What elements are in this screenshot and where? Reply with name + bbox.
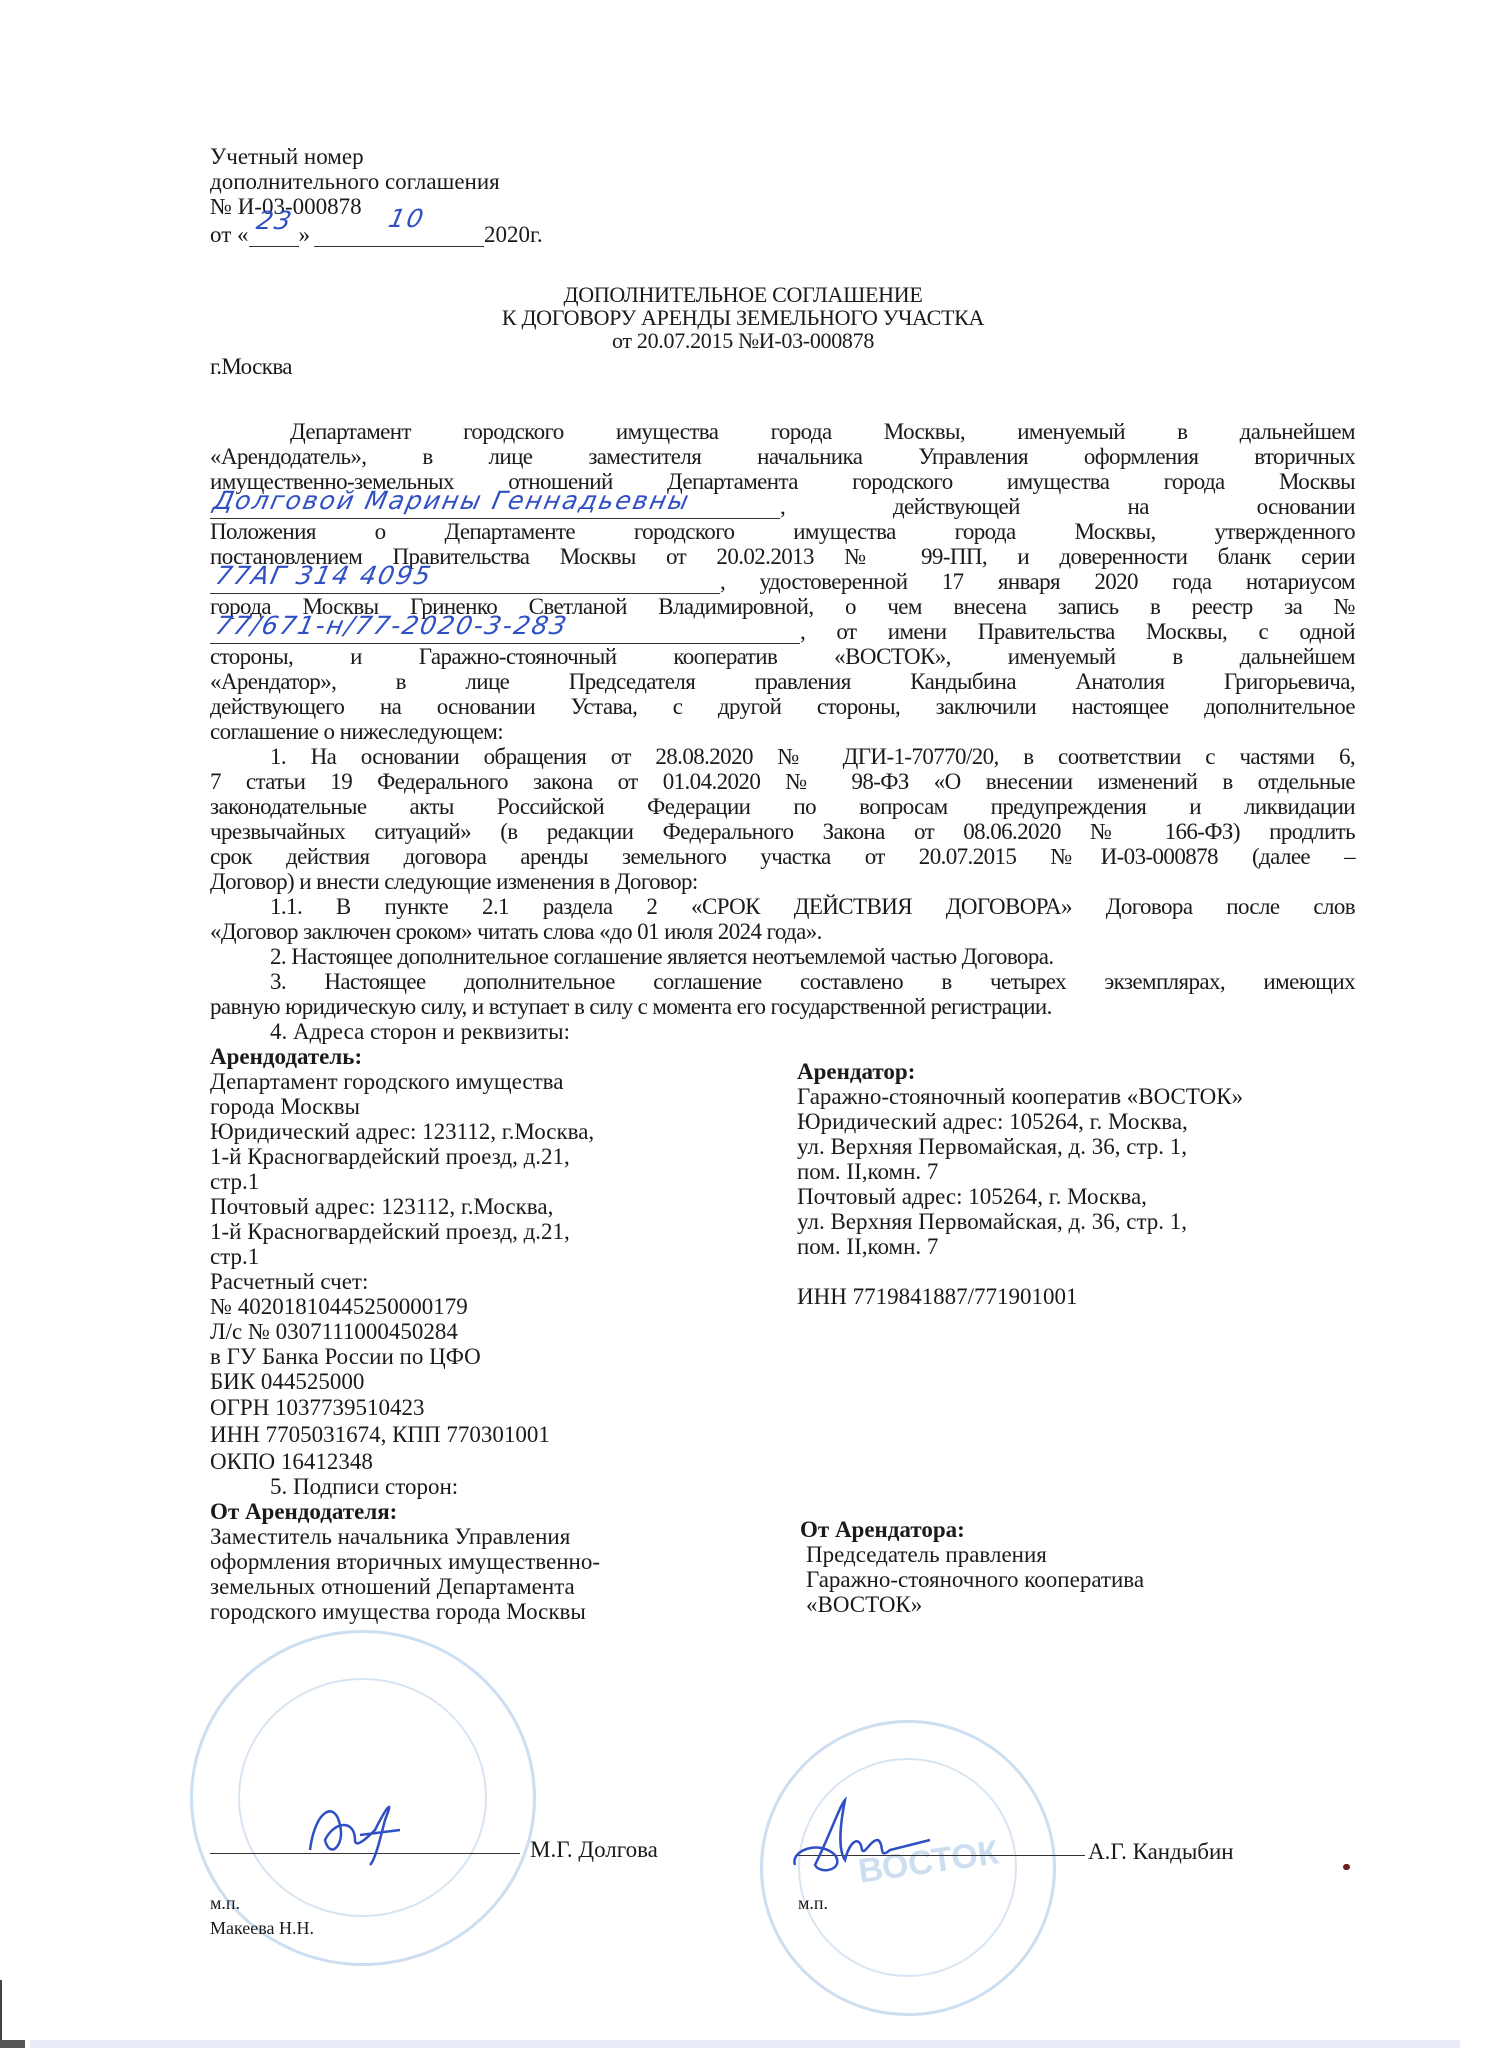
registry-rest-text: , от имени Правительства Москвы, с одной bbox=[800, 620, 1355, 644]
date-month-handwritten: 10 bbox=[387, 207, 428, 230]
landlord-line: ИНН 7705031674, КПП 770301001 bbox=[210, 1423, 550, 1446]
landlord-seal-label: м.п. bbox=[210, 1893, 240, 1914]
date-day-handwritten: 23 bbox=[254, 209, 295, 232]
date-mid: » bbox=[299, 222, 311, 247]
reg-date: от «23 »10 2020г. bbox=[210, 223, 543, 247]
title-line-1: ДОПОЛНИТЕЛЬНОЕ СОГЛАШЕНИЕ bbox=[0, 283, 1486, 306]
clause-1-line: Договор) и внести следующие изменения в … bbox=[210, 870, 698, 893]
landlord-line: города Москвы bbox=[210, 1095, 360, 1118]
landlord-line: ОГРН 1037739510423 bbox=[210, 1396, 425, 1419]
tenant-signature-icon bbox=[790, 1795, 940, 1880]
landlord-heading: Арендодатель: bbox=[210, 1045, 362, 1068]
tenant-line: Гаражно-стояночный кооператив «ВОСТОК» bbox=[797, 1085, 1243, 1108]
landlord-line: стр.1 bbox=[210, 1170, 259, 1193]
signer-basis-text: , действующей на основании bbox=[780, 495, 1355, 519]
signer-name-field: Долговой Марины Геннадьевны bbox=[210, 495, 780, 519]
registry-number-handwritten: 77/671-н/77-2020-3-283 bbox=[214, 614, 571, 637]
reg-number-label: Учетный номер bbox=[210, 145, 364, 168]
preamble-line: соглашение о нижеследующем: bbox=[210, 720, 503, 743]
tenant-line: ул. Верхняя Первомайская, д. 36, стр. 1, bbox=[797, 1135, 1187, 1158]
clause-4: 4. Адреса сторон и реквизиты: bbox=[270, 1020, 570, 1043]
landlord-line: стр.1 bbox=[210, 1245, 259, 1268]
tenant-line: ул. Верхняя Первомайская, д. 36, стр. 1, bbox=[797, 1210, 1187, 1233]
title-line-2: К ДОГОВОРУ АРЕНДЫ ЗЕМЕЛЬНОГО УЧАСТКА bbox=[0, 306, 1486, 329]
document-page: Учетный номер дополнительного соглашения… bbox=[0, 0, 1486, 2048]
poa-number-field: 77АГ 314 4095 bbox=[210, 570, 720, 594]
preamble-line-signer: Долговой Марины Геннадьевны , действующе… bbox=[210, 495, 1355, 519]
clause-1-1-line: «Договор заключен сроком» читать слова «… bbox=[210, 920, 822, 943]
tenant-line: Почтовый адрес: 105264, г. Москва, bbox=[797, 1185, 1147, 1208]
date-day-field: 23 bbox=[249, 223, 299, 247]
scan-corner bbox=[0, 2040, 25, 2048]
landlord-line: 1-й Красногвардейский проезд, д.21, bbox=[210, 1145, 570, 1168]
clause-3-line: 3. Настоящее дополнительное соглашение с… bbox=[270, 970, 1355, 993]
tenant-sign-heading: От Арендатора: bbox=[800, 1518, 965, 1541]
tenant-line: пом. II,комн. 7 bbox=[797, 1160, 938, 1183]
clause-2: 2. Настоящее дополнительное соглашение я… bbox=[270, 945, 1054, 968]
scan-edge bbox=[0, 1980, 2, 2040]
poa-rest-text: , удостоверенной 17 января 2020 года нот… bbox=[720, 570, 1355, 594]
date-year: 2020г. bbox=[484, 222, 543, 247]
landlord-sign-heading: От Арендодателя: bbox=[210, 1500, 397, 1523]
clause-1-line: законодательные акты Российской Федераци… bbox=[210, 795, 1355, 818]
tenant-sign-line: Председатель правления bbox=[806, 1543, 1047, 1566]
signatures-heading: 5. Подписи сторон: bbox=[270, 1475, 458, 1498]
reg-number-label-2: дополнительного соглашения bbox=[210, 170, 500, 193]
landlord-line: Л/с № 0307111000450284 bbox=[210, 1320, 458, 1343]
landlord-line: Юридический адрес: 123112, г.Москва, bbox=[210, 1120, 594, 1143]
landlord-line: БИК 044525000 bbox=[210, 1370, 364, 1393]
landlord-signature-icon bbox=[300, 1790, 410, 1870]
landlord-sign-line: городского имущества города Москвы bbox=[210, 1600, 586, 1623]
clause-1-line: 7 статьи 19 Федерального закона от 01.04… bbox=[210, 770, 1355, 793]
clause-1-line: чрезвычайных ситуаций» (в редакции Федер… bbox=[210, 820, 1355, 843]
signer-name-handwritten: Долговой Марины Геннадьевны bbox=[212, 489, 693, 512]
landlord-line: 1-й Красногвардейский проезд, д.21, bbox=[210, 1220, 570, 1243]
tenant-seal-label: м.п. bbox=[798, 1893, 828, 1914]
tenant-line: Юридический адрес: 105264, г. Москва, bbox=[797, 1110, 1188, 1133]
preamble-line-registry: 77/671-н/77-2020-3-283 , от имени Правит… bbox=[210, 620, 1355, 644]
date-prefix: от « bbox=[210, 222, 249, 247]
tenant-sign-line: «ВОСТОК» bbox=[806, 1593, 922, 1616]
preamble-line: действующего на основании Устава, с друг… bbox=[210, 695, 1355, 718]
landlord-sign-line: оформления вторичных имущественно- bbox=[210, 1550, 600, 1573]
preamble-line-poa: 77АГ 314 4095 , удостоверенной 17 января… bbox=[210, 570, 1355, 594]
landlord-line: ОКПО 16412348 bbox=[210, 1450, 373, 1473]
ink-mark bbox=[1343, 1864, 1350, 1870]
tenant-heading: Арендатор: bbox=[797, 1060, 915, 1083]
executor-name: Макеева Н.Н. bbox=[210, 1918, 314, 1939]
landlord-sign-line: Заместитель начальника Управления bbox=[210, 1525, 570, 1548]
tenant-signer-name: А.Г. Кандыбин bbox=[1088, 1840, 1234, 1863]
city: г.Москва bbox=[210, 355, 292, 378]
preamble-line: «Арендатор», в лице Председателя правлен… bbox=[210, 670, 1355, 693]
preamble-line: Департамент городского имущества города … bbox=[290, 420, 1355, 443]
scan-bottom-strip bbox=[30, 2040, 1460, 2048]
clause-1-1-line: 1.1. В пункте 2.1 раздела 2 «СРОК ДЕЙСТВ… bbox=[270, 895, 1355, 918]
poa-number-handwritten: 77АГ 314 4095 bbox=[214, 564, 435, 587]
preamble-line: стороны, и Гаражно-стояночный кооператив… bbox=[210, 645, 1355, 668]
preamble-line: Положения о Департаменте городского имущ… bbox=[210, 520, 1355, 543]
landlord-line: Департамент городского имущества bbox=[210, 1070, 563, 1093]
landlord-line: № 40201810445250000179 bbox=[210, 1295, 468, 1318]
clause-1-line: 1. На основании обращения от 28.08.2020 … bbox=[270, 745, 1355, 768]
landlord-sign-line: земельных отношений Департамента bbox=[210, 1575, 575, 1598]
title-line-3: от 20.07.2015 №И-03-000878 bbox=[0, 329, 1486, 352]
tenant-inn: ИНН 7719841887/771901001 bbox=[797, 1285, 1077, 1308]
landlord-line: Расчетный счет: bbox=[210, 1270, 368, 1293]
landlord-line: Почтовый адрес: 123112, г.Москва, bbox=[210, 1195, 553, 1218]
tenant-line: пом. II,комн. 7 bbox=[797, 1235, 938, 1258]
landlord-signer-name: М.Г. Долгова bbox=[530, 1838, 658, 1861]
landlord-line: в ГУ Банка России по ЦФО bbox=[210, 1345, 481, 1368]
date-month-field: 10 bbox=[314, 223, 484, 247]
clause-1-line: срок действия договора аренды земельного… bbox=[210, 845, 1355, 868]
registry-number-field: 77/671-н/77-2020-3-283 bbox=[210, 620, 800, 644]
tenant-sign-line: Гаражно-стояночного кооператива bbox=[806, 1568, 1144, 1591]
preamble-line: «Арендодатель», в лице заместителя начал… bbox=[210, 445, 1355, 468]
clause-3-line: равную юридическую силу, и вступает в си… bbox=[210, 995, 1052, 1018]
